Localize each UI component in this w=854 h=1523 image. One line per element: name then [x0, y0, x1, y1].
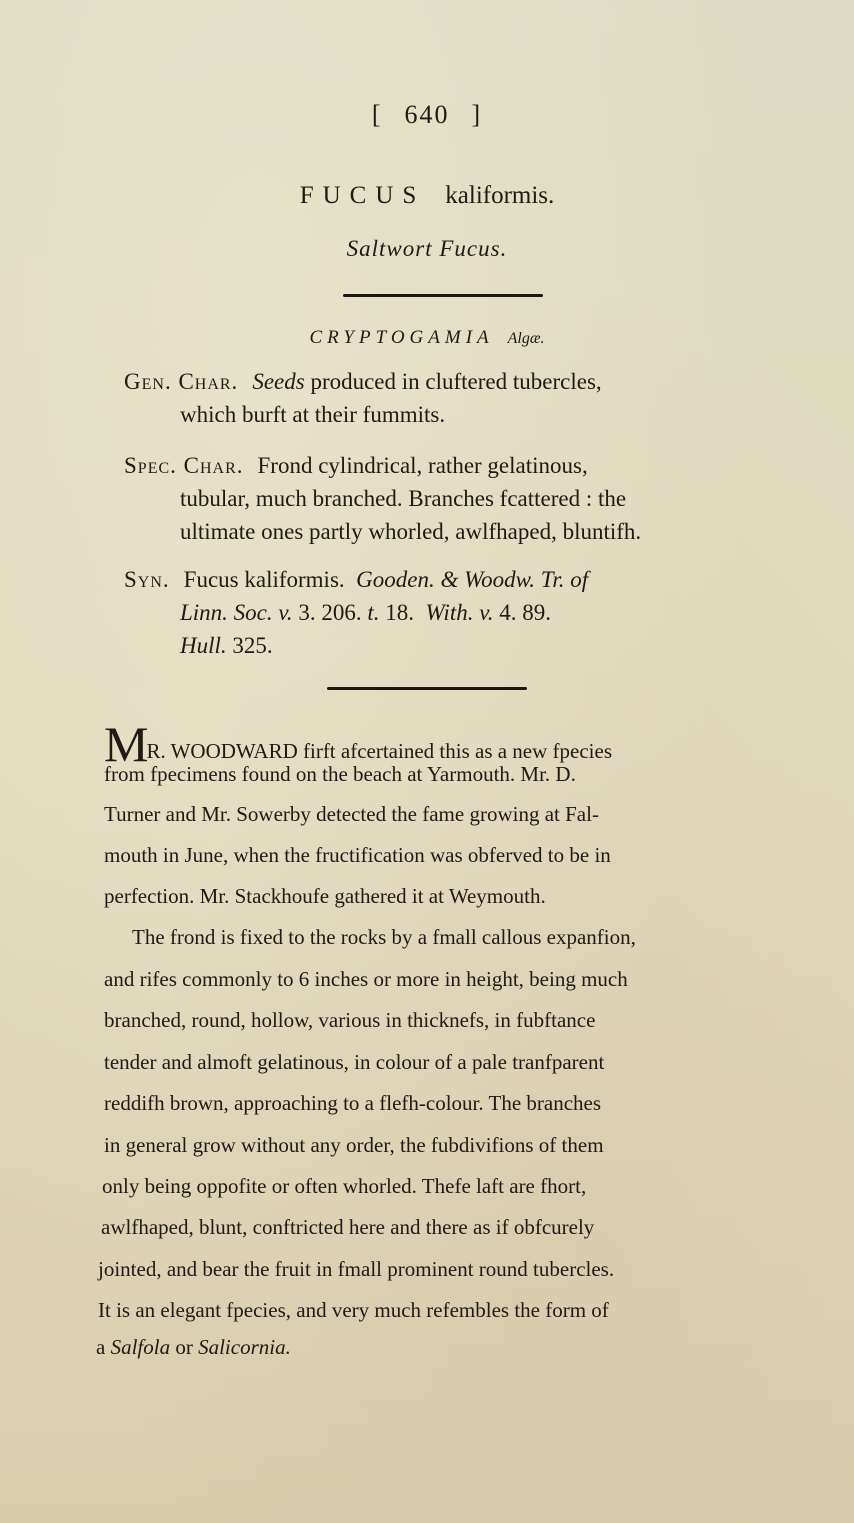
paragraph-2-line-3: branched, round, hollow, various in thic…: [104, 1008, 595, 1033]
paragraph-1-text: R. WOODWARD firft afcertained this as a …: [146, 739, 612, 763]
paragraph-1-line-1: MR. WOODWARD firft afcertained this as a…: [104, 724, 612, 764]
spec-char-label: Spec. Char.: [124, 453, 244, 478]
paragraph-1-line-2: from fpecimens found on the beach at Yar…: [104, 762, 576, 787]
genus-salsola: Salfola: [111, 1335, 171, 1359]
paragraph-2-line-10: It is an elegant fpecies, and very much …: [98, 1298, 609, 1323]
genus-salicornia: Salicornia.: [198, 1335, 291, 1359]
paragraph-2-line-2: and rifes commonly to 6 inches or more i…: [104, 967, 628, 992]
gen-char-label: Gen. Char.: [124, 369, 238, 394]
paragraph-1-line-4: mouth in June, when the fructification w…: [104, 843, 611, 868]
syn-ref-plate: 18.: [385, 600, 414, 625]
syn-ref-pages: 3. 206.: [298, 600, 361, 625]
paragraph-2-line-7: only being oppofite or often whorled. Th…: [102, 1174, 586, 1199]
gen-char-line-2: which burft at their fummits.: [124, 398, 764, 431]
syn-ref-1: Gooden. & Woodw. Tr. of: [356, 567, 588, 592]
syn-ref-with-pages: 4. 89.: [499, 600, 551, 625]
paragraph-2-line-4: tender and almoft gelatinous, in colour …: [104, 1050, 604, 1075]
last-line-a: a: [96, 1335, 105, 1359]
paragraph-2-line-6: in general grow without any order, the f…: [104, 1133, 604, 1158]
syn-name: Fucus kaliformis.: [184, 567, 345, 592]
syn-line-3: Hull. 325.: [124, 629, 764, 662]
classification: CRYPTOGAMIAAlgæ.: [0, 327, 854, 349]
paragraph-2-line-1: The frond is fixed to the rocks by a fma…: [132, 925, 636, 950]
paragraph-2-line-5: reddifh brown, approaching to a flefh-co…: [104, 1091, 601, 1116]
bracket-open: [: [372, 100, 383, 130]
syn-line-2: Linn. Soc. v. 3. 206. t. 18. With. v. 4.…: [124, 596, 764, 629]
syn-label: Syn.: [124, 567, 170, 592]
class-name: CRYPTOGAMIA: [309, 327, 493, 348]
spec-char-line-1: Frond cylindrical, rather gelatinous,: [258, 453, 588, 478]
paragraph-1-line-5: perfection. Mr. Stackhoufe gathered it a…: [104, 884, 546, 909]
page-number: [640]: [0, 100, 854, 130]
species-title: FUCUSkaliformis.: [0, 182, 854, 210]
paragraph-2-line-9: jointed, and bear the fruit in fmall pro…: [98, 1257, 614, 1282]
gen-char-italic: Seeds: [252, 369, 304, 394]
syn-ref-linn: Linn. Soc. v.: [180, 600, 293, 625]
synonyms: Syn.Fucus kaliformis. Gooden. & Woodw. T…: [124, 563, 764, 662]
syn-ref-hull-page: 325.: [232, 633, 272, 658]
gen-char-text: produced in cluftered tubercles,: [305, 369, 602, 394]
syn-ref-t: t.: [367, 600, 379, 625]
paragraph-2-line-8: awlfhaped, blunt, conftricted here and t…: [101, 1215, 594, 1240]
syn-ref-with: With. v.: [426, 600, 494, 625]
page-number-value: 640: [405, 100, 450, 129]
order-name: Algæ.: [508, 330, 545, 347]
divider-rule: [327, 687, 527, 690]
common-name: Saltwort Fucus.: [0, 236, 854, 262]
syn-ref-hull: Hull.: [180, 633, 227, 658]
bracket-close: ]: [472, 100, 483, 130]
spec-char-line-3: ultimate ones partly whorled, awlfhaped,…: [124, 515, 764, 548]
species-name: kaliformis.: [445, 182, 554, 209]
last-line-or: or: [175, 1335, 193, 1359]
generic-character: Gen. Char.Seeds produced in cluftered tu…: [124, 365, 764, 431]
book-page: [640] FUCUSkaliformis. Saltwort Fucus. C…: [0, 0, 854, 1523]
paragraph-2-line-11: a Salfola or Salicornia.: [96, 1335, 291, 1360]
spec-char-line-2: tubular, much branched. Branches fcatter…: [124, 482, 764, 515]
specific-character: Spec. Char.Frond cylindrical, rather gel…: [124, 449, 764, 548]
paragraph-1-line-3: Turner and Mr. Sowerby detected the fame…: [104, 802, 599, 827]
divider-rule: [343, 294, 543, 297]
genus-name: FUCUS: [300, 182, 426, 209]
